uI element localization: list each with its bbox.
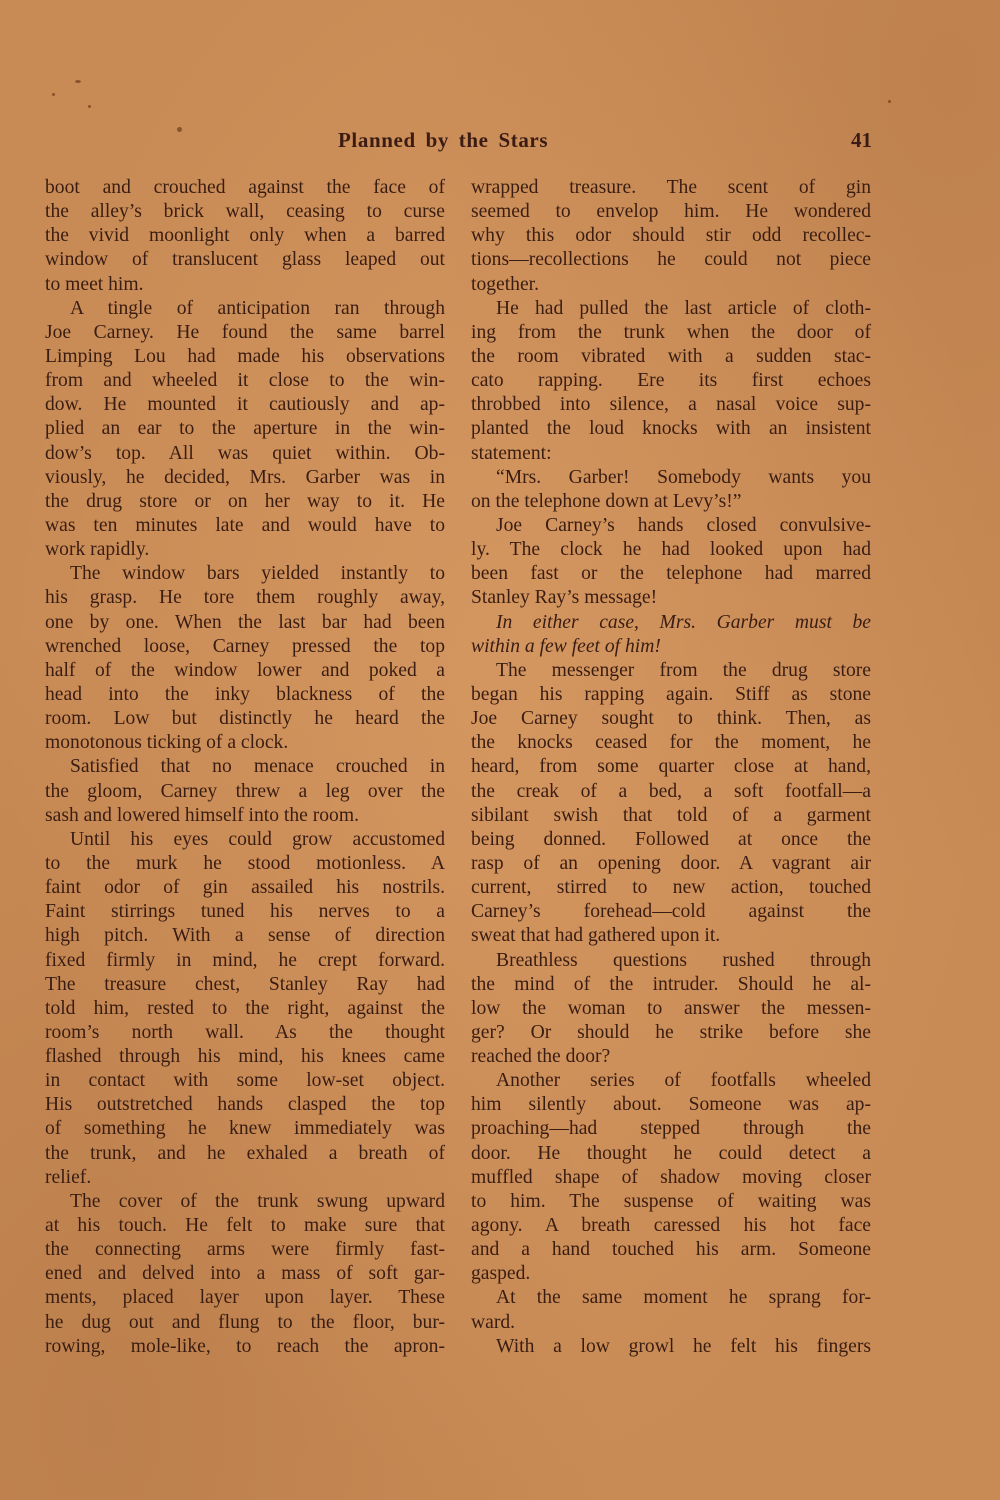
text-line: The treasure chest, Stanley Ray had (45, 973, 445, 997)
text-line: the alley’s brick wall, ceasing to curse (45, 200, 445, 224)
text-line: and a hand touched his arm. Someone (471, 1238, 871, 1262)
text-line: he dug out and flung to the floor, bur- (45, 1311, 445, 1335)
text-line: dow. He mounted it cautiously and ap- (45, 393, 445, 417)
text-line: reached the door? (471, 1045, 871, 1069)
text-line: proaching—had stepped through the (471, 1117, 871, 1141)
text-line: throbbed into silence, a nasal voice sup… (471, 393, 871, 417)
text-line: on the telephone down at Levy’s!” (471, 490, 871, 514)
text-line: A tingle of anticipation ran through (45, 297, 445, 321)
text-line: rowing, mole-like, to reach the apron- (45, 1335, 445, 1359)
text-line: relief. (45, 1166, 445, 1190)
paper-speck (52, 93, 55, 96)
text-line: plied an ear to the aperture in the win- (45, 417, 445, 441)
text-line: the room vibrated with a sudden stac- (471, 345, 871, 369)
text-line: cato rapping. Ere its first echoes (471, 369, 871, 393)
text-line: dow’s top. All was quiet within. Ob- (45, 442, 445, 466)
text-line: The window bars yielded instantly to (45, 562, 445, 586)
text-line: Satisfied that no menace crouched in (45, 755, 445, 779)
text-line: been fast or the telephone had marred (471, 562, 871, 586)
text-line: at his touch. He felt to make sure that (45, 1214, 445, 1238)
text-line: ened and delved into a mass of soft gar- (45, 1262, 445, 1286)
text-line: Until his eyes could grow accustomed (45, 828, 445, 852)
text-line: why this odor should stir odd recollec- (471, 224, 871, 248)
text-line: was ten minutes late and would have to (45, 514, 445, 538)
text-line: At the same moment he sprang for- (471, 1286, 871, 1310)
text-line: sibilant swish that told of a garment (471, 804, 871, 828)
text-line: monotonous ticking of a clock. (45, 731, 445, 755)
text-line: heard, from some quarter close at hand, (471, 755, 871, 779)
text-line: rasp of an opening door. A vagrant air (471, 852, 871, 876)
text-line: agony. A breath caressed his hot face (471, 1214, 871, 1238)
text-line: tions—recollections he could not piece (471, 248, 871, 272)
text-line: the gloom, Carney threw a leg over the (45, 780, 445, 804)
text-line: Breathless questions rushed through (471, 949, 871, 973)
text-line: low the woman to answer the messen- (471, 997, 871, 1021)
text-line: Joe Carney sought to think. Then, as (471, 707, 871, 731)
text-line: planted the loud knocks with an insisten… (471, 417, 871, 441)
book-page: Planned by the Stars 41 boot and crouche… (0, 0, 1000, 1500)
text-line: current, stirred to new action, touched (471, 876, 871, 900)
text-line: gasped. (471, 1262, 871, 1286)
text-line: being donned. Followed at once the (471, 828, 871, 852)
text-line: In either case, Mrs. Garber must be (471, 611, 871, 635)
paper-speck (75, 80, 81, 83)
text-line: to meet him. (45, 273, 445, 297)
text-line: Limping Lou had made his observations (45, 345, 445, 369)
text-line: Stanley Ray’s message! (471, 586, 871, 610)
text-line: flashed through his mind, his knees came (45, 1045, 445, 1069)
text-line: Joe Carney. He found the same barrel (45, 321, 445, 345)
text-line: the vivid moonlight only when a barred (45, 224, 445, 248)
text-line: ing from the trunk when the door of (471, 321, 871, 345)
text-line: one by one. When the last bar had been (45, 611, 445, 635)
text-line: seemed to envelop him. He wondered (471, 200, 871, 224)
text-line: within a few feet of him! (471, 635, 871, 659)
text-line: The messenger from the drug store (471, 659, 871, 683)
page-number: 41 (851, 128, 872, 153)
text-line: Carney’s forehead—cold against the (471, 900, 871, 924)
text-line: sweat that had gathered upon it. (471, 924, 871, 948)
text-line: fixed firmly in mind, he crept forward. (45, 949, 445, 973)
text-line: work rapidly. (45, 538, 445, 562)
text-line: He had pulled the last article of cloth- (471, 297, 871, 321)
text-line: With a low growl he felt his fingers (471, 1335, 871, 1359)
text-line: ward. (471, 1311, 871, 1335)
text-line: door. He thought he could detect a (471, 1142, 871, 1166)
text-line: muffled shape of shadow moving closer (471, 1166, 871, 1190)
paper-speck (177, 127, 182, 132)
text-line: room’s north wall. As the thought (45, 1021, 445, 1045)
text-line: head into the inky blackness of the (45, 683, 445, 707)
right-column: wrapped treasure. The scent of ginseemed… (471, 176, 871, 1359)
text-line: sash and lowered himself into the room. (45, 804, 445, 828)
running-title: Planned by the Stars (338, 128, 548, 153)
paper-speck (88, 105, 91, 108)
text-line: him silently about. Someone was ap- (471, 1093, 871, 1117)
paper-speck (888, 100, 891, 103)
text-line: of something he knew immediately was (45, 1117, 445, 1141)
text-line: wrenched loose, Carney pressed the top (45, 635, 445, 659)
text-line: Another series of footfalls wheeled (471, 1069, 871, 1093)
text-line: the connecting arms were firmly fast- (45, 1238, 445, 1262)
text-line: viously, he decided, Mrs. Garber was in (45, 466, 445, 490)
text-line: from and wheeled it close to the win- (45, 369, 445, 393)
text-line: room. Low but distinctly he heard the (45, 707, 445, 731)
text-line: told him, rested to the right, against t… (45, 997, 445, 1021)
text-line: The cover of the trunk swung upward (45, 1190, 445, 1214)
text-line: window of translucent glass leaped out (45, 248, 445, 272)
text-line: “Mrs. Garber! Somebody wants you (471, 466, 871, 490)
text-line: the knocks ceased for the moment, he (471, 731, 871, 755)
left-column: boot and crouched against the face ofthe… (45, 176, 445, 1359)
text-line: began his rapping again. Stiff as stone (471, 683, 871, 707)
text-line: Joe Carney’s hands closed convulsive- (471, 514, 871, 538)
text-line: ger? Or should he strike before she (471, 1021, 871, 1045)
text-line: in contact with some low-set object. (45, 1069, 445, 1093)
text-line: the mind of the intruder. Should he al- (471, 973, 871, 997)
text-line: high pitch. With a sense of direction (45, 924, 445, 948)
text-line: to the murk he stood motionless. A (45, 852, 445, 876)
text-line: boot and crouched against the face of (45, 176, 445, 200)
text-line: faint odor of gin assailed his nostrils. (45, 876, 445, 900)
text-line: wrapped treasure. The scent of gin (471, 176, 871, 200)
text-line: Faint stirrings tuned his nerves to a (45, 900, 445, 924)
text-line: the trunk, and he exhaled a breath of (45, 1142, 445, 1166)
text-line: the creak of a bed, a soft footfall—a (471, 780, 871, 804)
text-line: the drug store or on her way to it. He (45, 490, 445, 514)
text-line: statement: (471, 442, 871, 466)
text-line: half of the window lower and poked a (45, 659, 445, 683)
text-line: together. (471, 273, 871, 297)
text-line: ly. The clock he had looked upon had (471, 538, 871, 562)
text-line: His outstretched hands clasped the top (45, 1093, 445, 1117)
text-line: to him. The suspense of waiting was (471, 1190, 871, 1214)
running-head: Planned by the Stars 41 (338, 128, 878, 158)
text-line: ments, placed layer upon layer. These (45, 1286, 445, 1310)
text-line: his grasp. He tore them roughly away, (45, 586, 445, 610)
